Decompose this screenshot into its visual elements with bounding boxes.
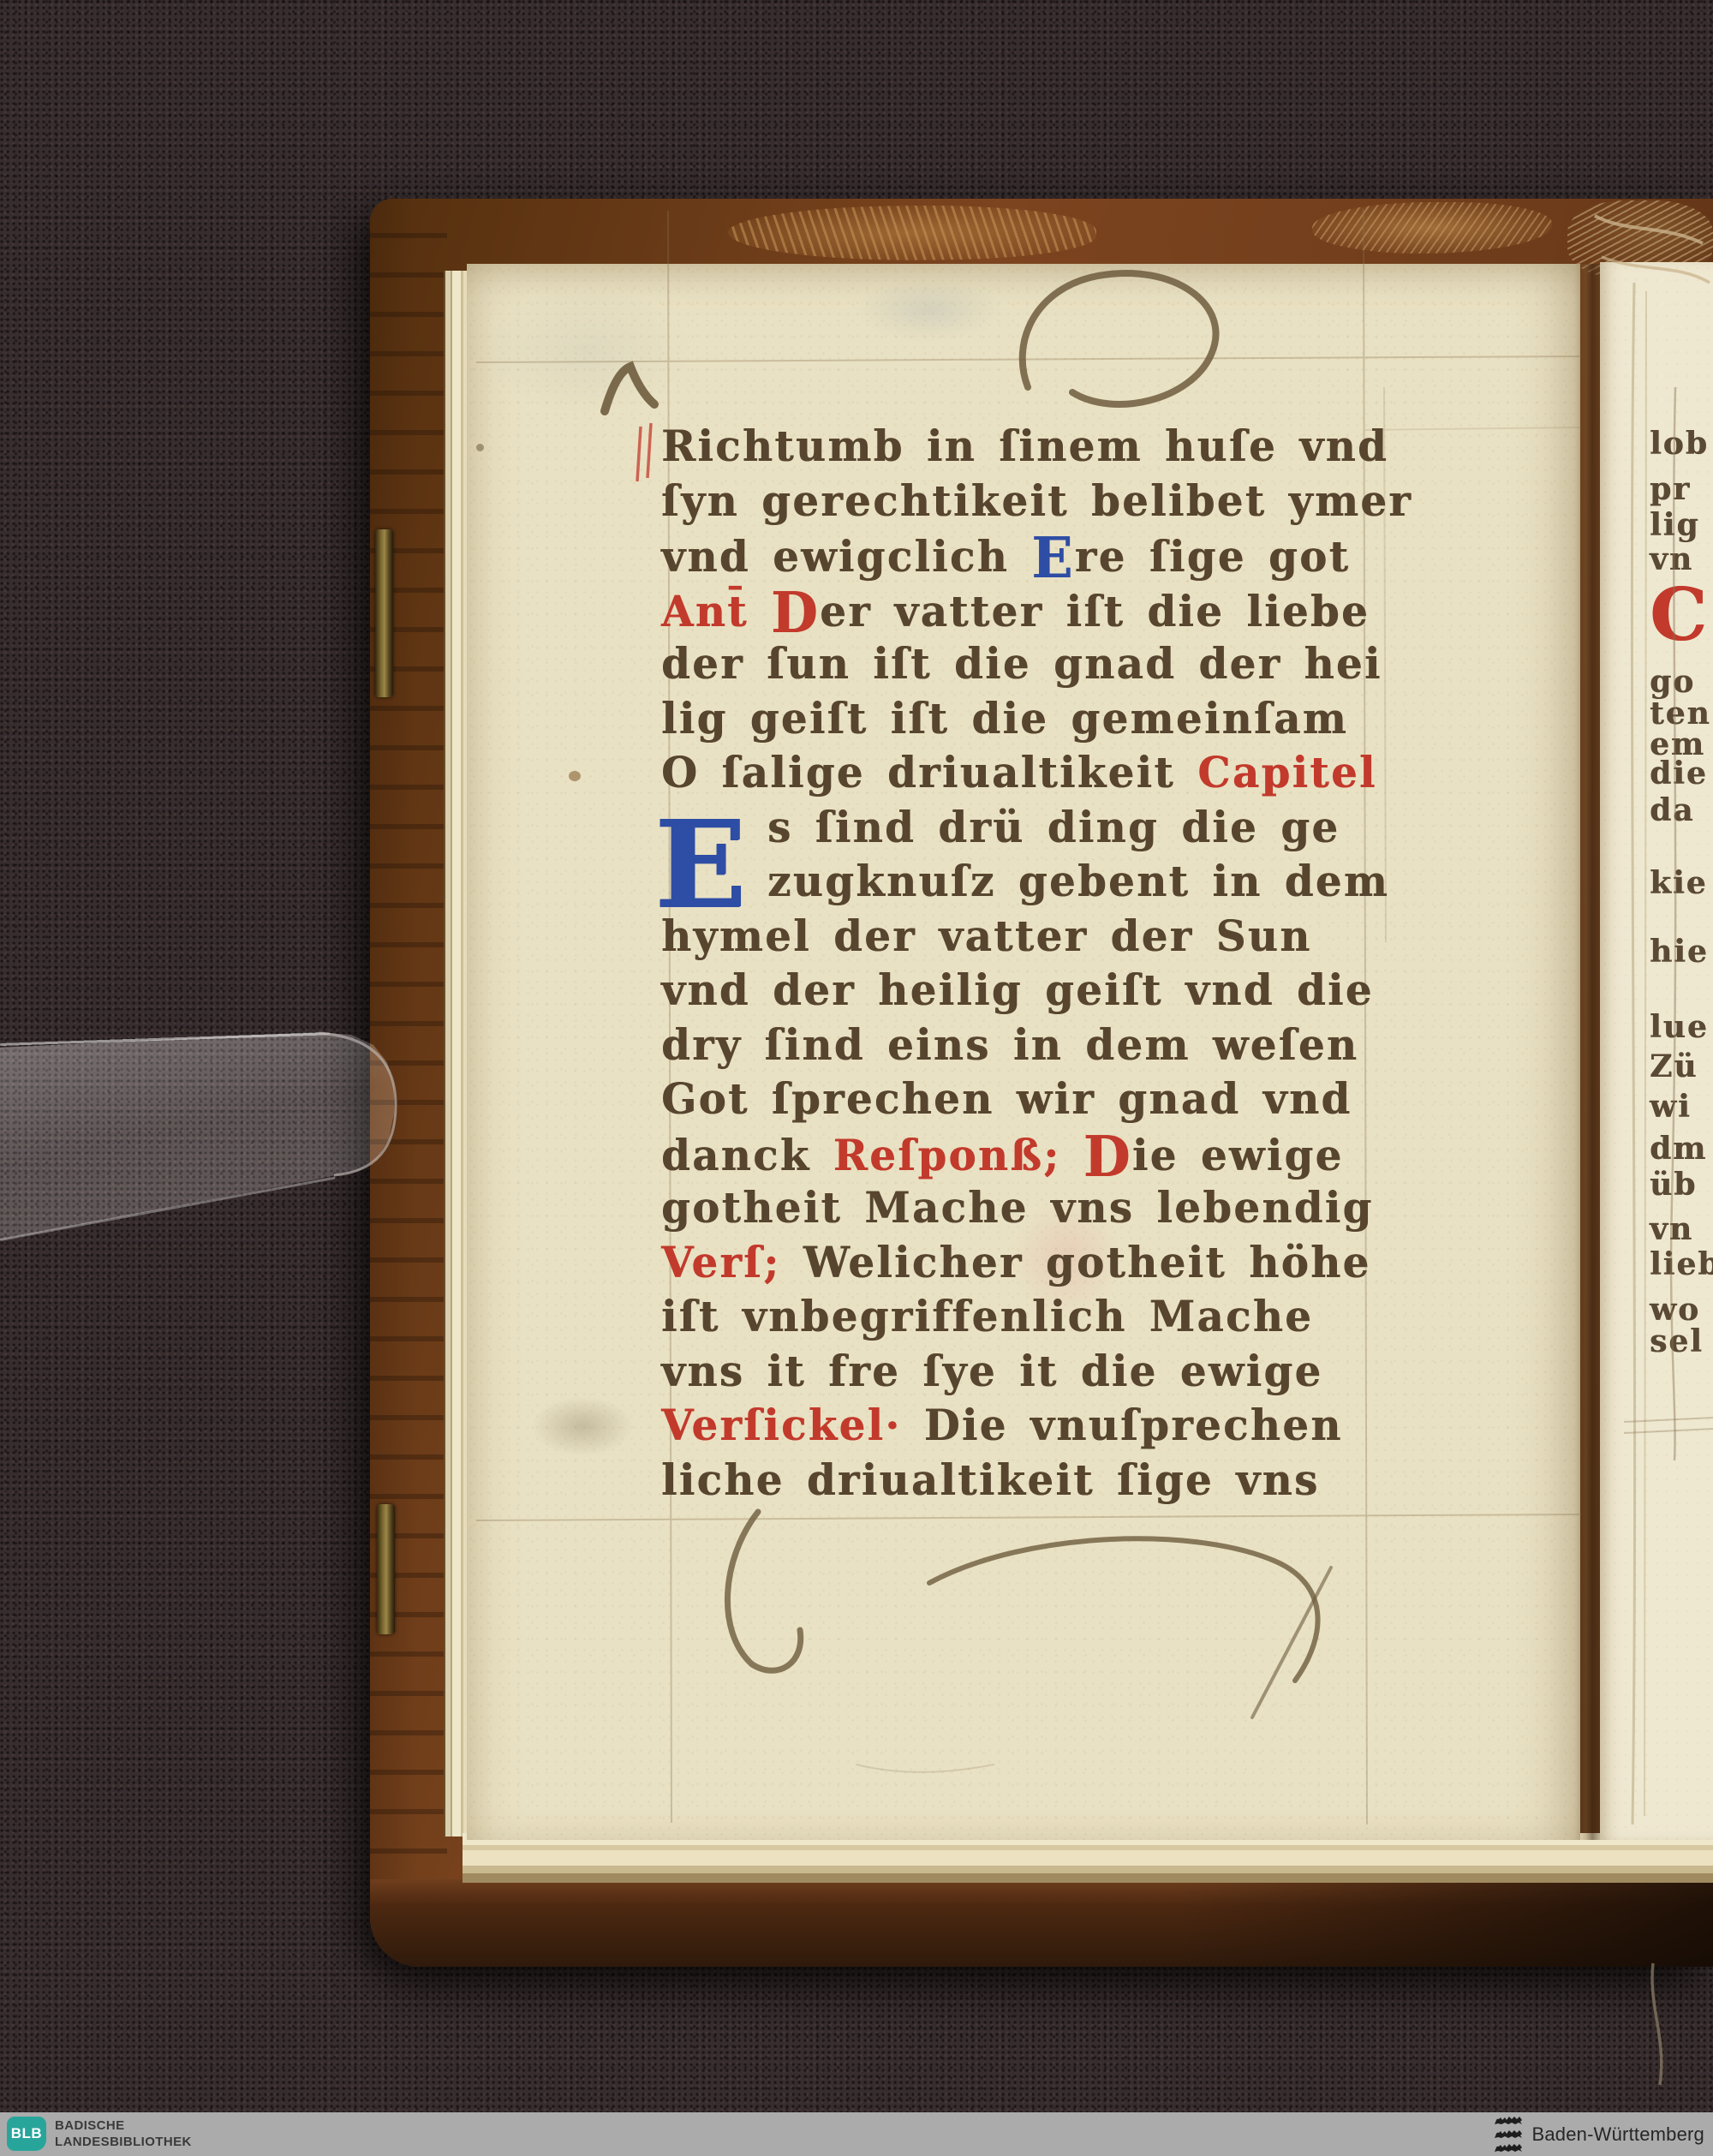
text-segment: Welicher gotheit höhe [803, 1238, 1371, 1287]
right-page-text-fragment: lue [1650, 1009, 1709, 1045]
book-snake-strip [0, 1024, 403, 1255]
baden-wuerttemberg-label: Baden-Württemberg [1532, 2123, 1705, 2146]
text-segment: ſyn gerechtikeit belibet ymer [661, 476, 1412, 526]
manuscript-line: danck Reſponß; Die ewige [661, 1129, 1344, 1186]
text-segment: Verſ; [661, 1238, 803, 1287]
text-segment: D [1083, 1123, 1132, 1189]
blb-logo-line1: BADISCHE [55, 2117, 192, 2134]
right-page-text-fragment: go [1650, 664, 1695, 700]
blb-logo-line2: LANDESBIBLIOTHEK [55, 2134, 192, 2150]
manuscript-line: s ſind drü ding die ge [767, 803, 1340, 860]
text-segment: re ſige got [1075, 532, 1350, 582]
text-segment: vnd ewigclich [661, 532, 1031, 582]
manuscript-line: dry ſind eins in dem weſen [661, 1020, 1358, 1078]
right-page-text-fragment: lieb [1650, 1246, 1713, 1282]
right-page-text-fragment: lig [1650, 507, 1700, 543]
clasp-top [375, 529, 393, 697]
right-page-text-fragment: dm [1650, 1131, 1707, 1167]
text-segment: Richtumb in ſinem huſe vnd [661, 421, 1388, 471]
right-page-text-fragment: hie [1650, 934, 1709, 970]
leather-top-damage [1312, 202, 1552, 254]
manuscript-line: Ant̄ Der vatter iſt die liebe [661, 585, 1370, 642]
book-gutter [1574, 264, 1603, 1840]
leather-top-damage [727, 202, 1096, 263]
text-segment: Reſponß; [833, 1131, 1083, 1180]
text-segment: Die vnuſprechen [924, 1401, 1343, 1450]
text-segment: der ſun iſt die gnad der hei [661, 639, 1382, 689]
right-page-text-fragment: vn [1650, 1211, 1693, 1247]
text-segment: Ant̄ [661, 587, 771, 636]
clasp-bottom [377, 1504, 395, 1634]
manuscript-line: hymel der vatter der Sun [661, 911, 1312, 969]
text-segment: Verſickel· [661, 1401, 924, 1450]
right-page-text-fragment: da [1650, 792, 1695, 828]
text-segment: vns it fre ſye it die ewige [661, 1347, 1322, 1396]
text-segment: O ſalige driualtikeit [661, 748, 1197, 797]
manuscript-line: der ſun iſt die gnad der hei [661, 639, 1382, 696]
manuscript-line: iſt vnbegriffenlich Mache [661, 1292, 1313, 1349]
right-page-text-fragment: wo [1650, 1292, 1700, 1328]
right-page-text-fragment: üb [1650, 1167, 1697, 1203]
baden-wuerttemberg-lions-icon [1493, 2115, 1524, 2154]
illuminated-initial-E: E [654, 805, 746, 925]
blb-badge-icon: BLB [7, 2117, 46, 2151]
manuscript-line: lig geiſt iſt die gemeinſam [661, 694, 1348, 751]
manuscript-line: liche driualtikeit ſige vns [661, 1455, 1320, 1513]
manuscript-right-page-sliver: lobprligvnCgotenemdiedakiehielueZüwidmüb… [1600, 262, 1713, 1840]
manuscript-line: vnd der heilig geiſt vnd die [661, 965, 1374, 1023]
right-page-text-fragment: die [1650, 755, 1708, 791]
footer-bar: BLB BADISCHE LANDESBIBLIOTHEK Baden-Würt… [0, 2112, 1713, 2156]
text-segment: gotheit Mache vns lebendig [661, 1183, 1374, 1233]
manuscript-text-block: Richtumb in ſinem huſe vndſyn gerechtike… [661, 421, 1483, 1569]
manuscript-line: Verſickel· Die vnuſprechen [661, 1401, 1343, 1458]
leather-bottom-shadow [1176, 1879, 1713, 1967]
baden-wuerttemberg-logo: Baden-Württemberg [1493, 2112, 1705, 2156]
manuscript-line: Verſ; Welicher gotheit höhe [661, 1238, 1371, 1295]
text-segment: vnd der heilig geiſt vnd die [661, 965, 1374, 1015]
manuscript-line: gotheit Mache vns lebendig [661, 1183, 1374, 1240]
text-segment: D [771, 579, 820, 645]
manuscript-line: O ſalige driualtikeit Capitel [661, 748, 1377, 805]
text-segment: Got ſprechen wir gnad vnd [661, 1074, 1352, 1124]
right-page-text-fragment: C [1650, 572, 1709, 657]
text-segment: s ſind drü ding die ge [767, 803, 1340, 852]
manuscript-line: vns it fre ſye it die ewige [661, 1347, 1322, 1404]
right-page-text-fragment: sel [1650, 1323, 1704, 1359]
text-segment: liche driualtikeit ſige vns [661, 1455, 1320, 1505]
blb-logo-text: BADISCHE LANDESBIBLIOTHEK [55, 2117, 192, 2150]
text-segment: dry ſind eins in dem weſen [661, 1020, 1358, 1070]
text-segment: lig geiſt iſt die gemeinſam [661, 694, 1348, 744]
manuscript-line: Got ſprechen wir gnad vnd [661, 1074, 1352, 1132]
text-segment: zugknuſz gebent in dem [767, 857, 1389, 906]
manuscript-line: zugknuſz gebent in dem [767, 857, 1389, 914]
right-page-text-fragment: pr [1650, 471, 1691, 507]
right-page-text-fragment: kie [1650, 865, 1708, 901]
text-segment: ie ewige [1132, 1131, 1344, 1180]
text-segment: iſt vnbegriffenlich Mache [661, 1292, 1313, 1341]
manuscript-line: vnd ewigclich Ere ſige got [661, 530, 1350, 588]
manuscript-line: Richtumb in ſinem huſe vnd [661, 421, 1388, 479]
page-stack-bottom-edge [463, 1833, 1713, 1883]
right-page-text-fragment: wi [1650, 1089, 1692, 1125]
digitized-manuscript-photo: lobprligvnCgotenemdiedakiehielueZüwidmüb… [0, 0, 1713, 2156]
right-page-text-fragment: Zü [1650, 1048, 1698, 1084]
right-page-text-fragment: lob [1650, 426, 1709, 462]
text-segment: danck [661, 1131, 833, 1180]
page-stack-left-edge [444, 271, 469, 1836]
text-segment: E [1031, 525, 1075, 591]
text-segment: hymel der vatter der Sun [661, 911, 1312, 961]
text-segment: er vatter iſt die liebe [820, 587, 1370, 636]
text-segment: Capitel [1197, 748, 1377, 797]
